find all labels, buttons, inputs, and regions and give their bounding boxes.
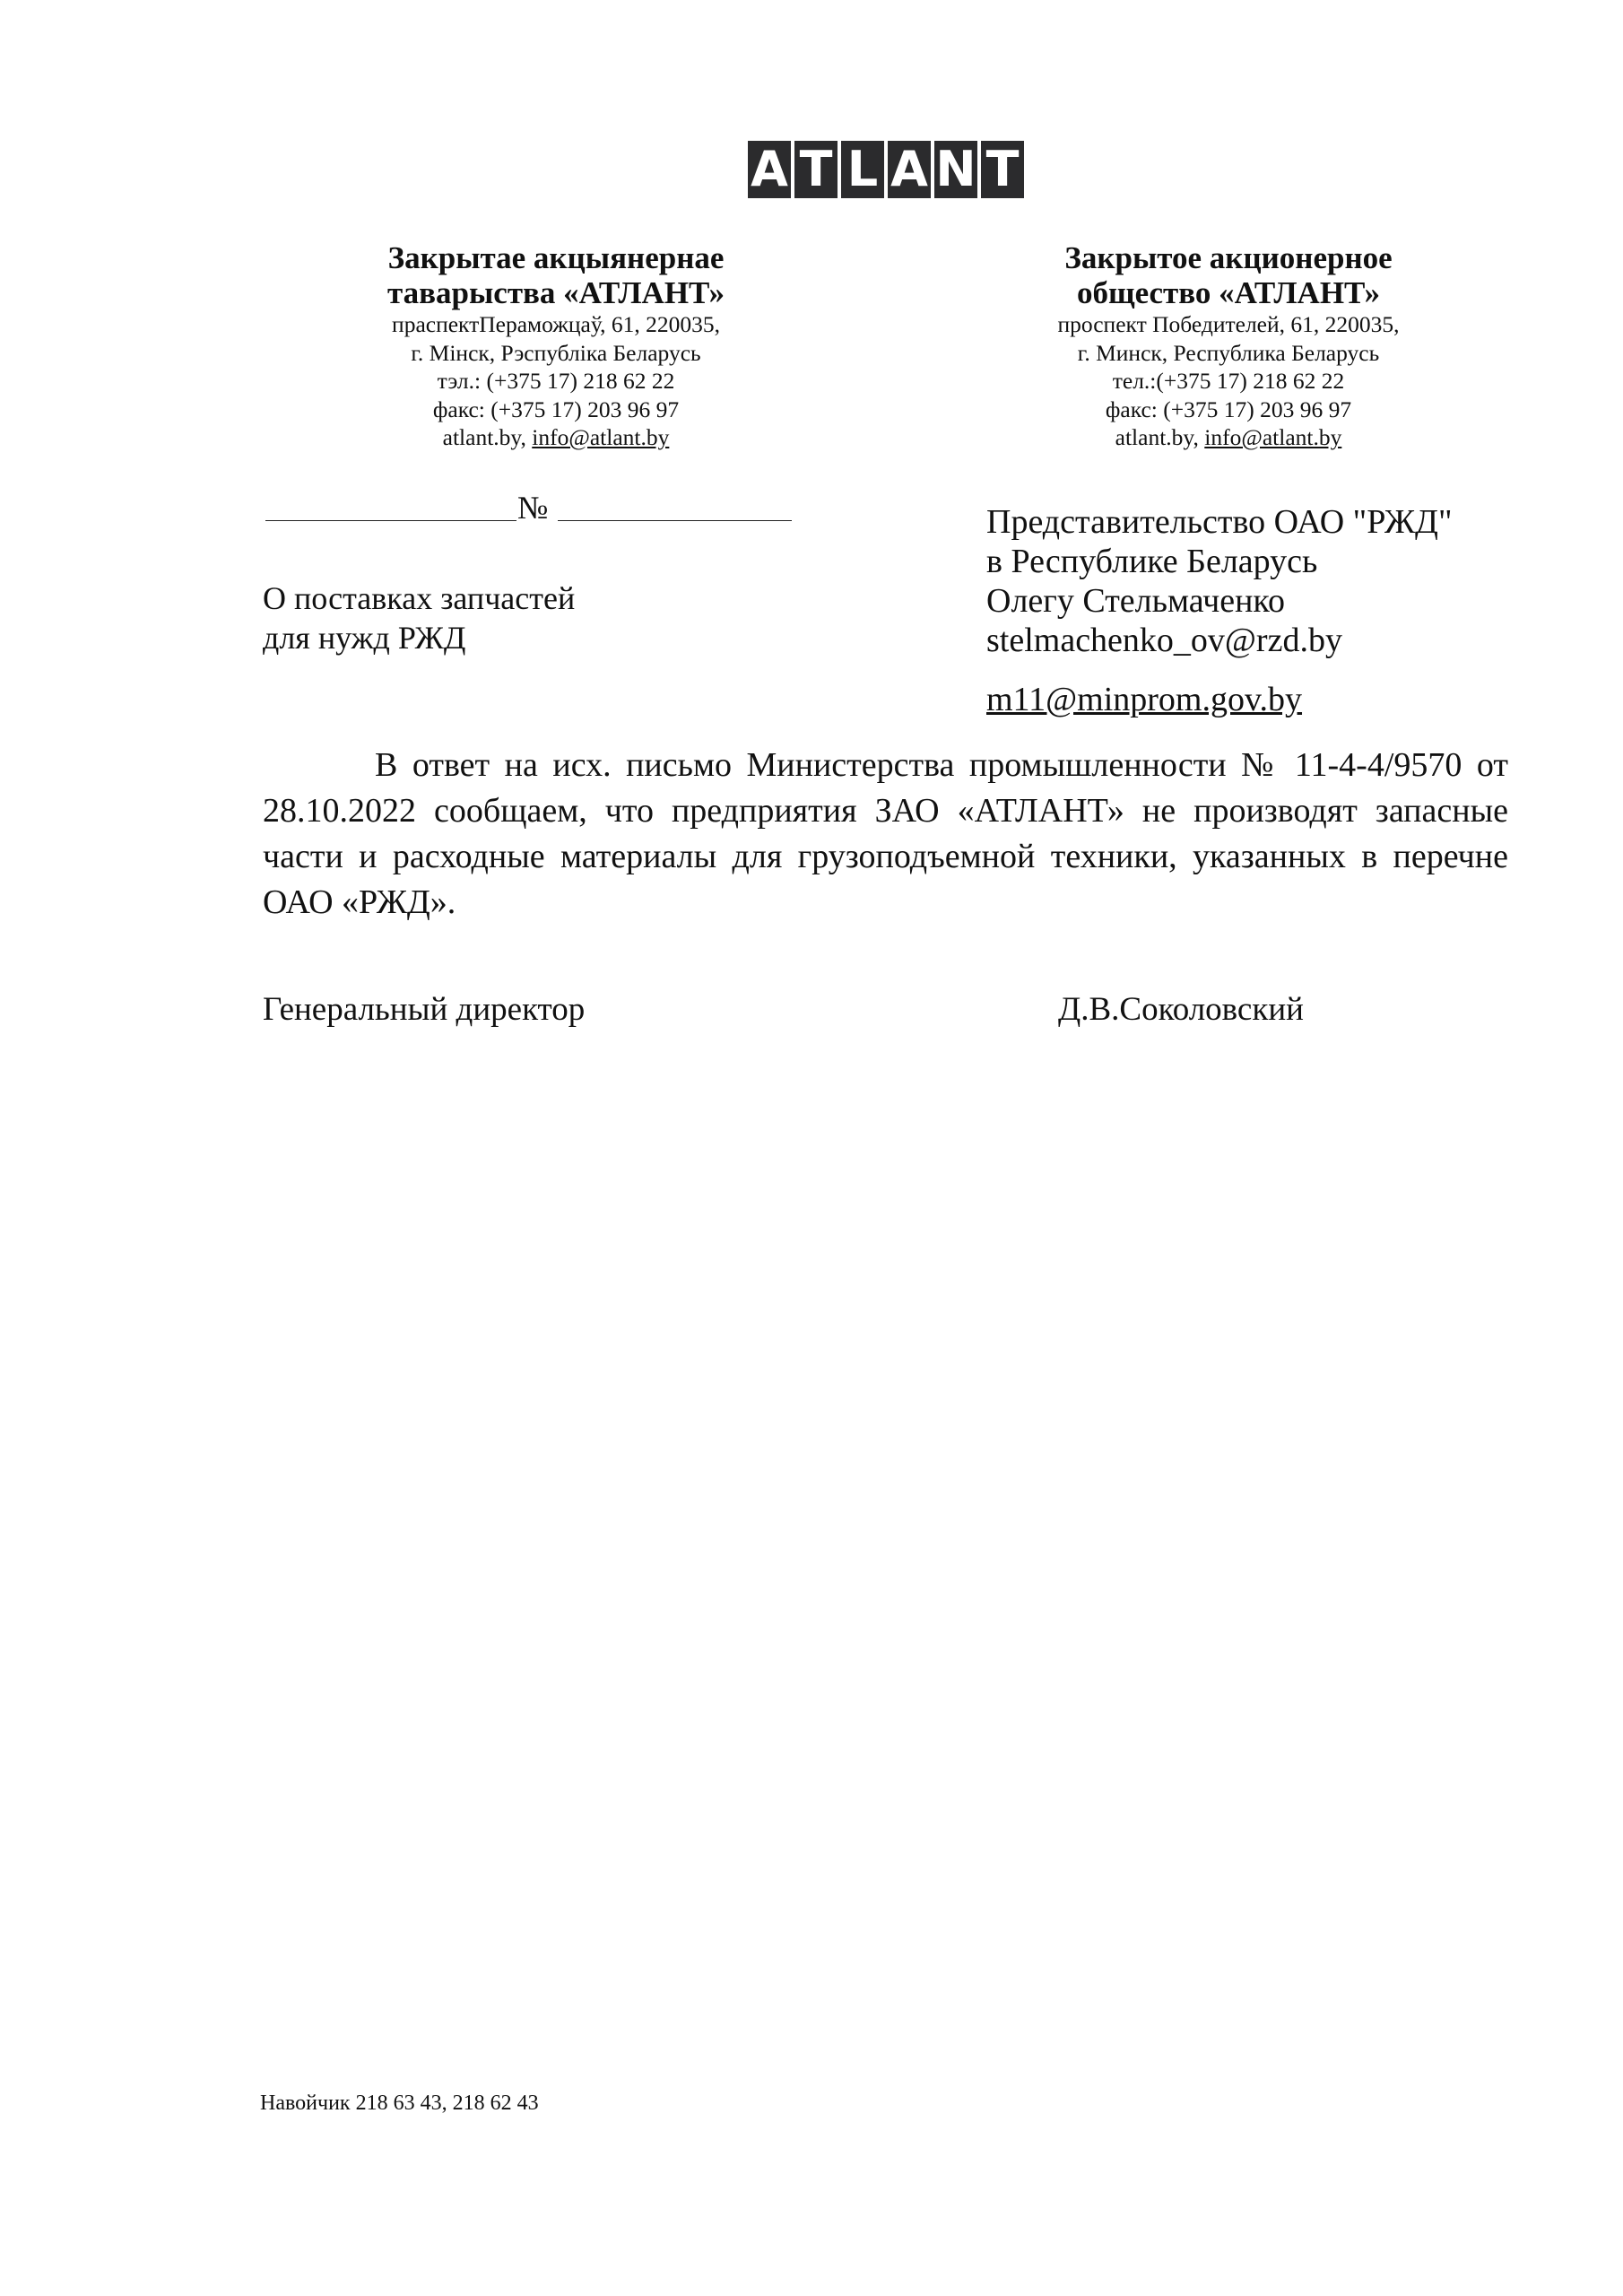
contacts-line: atlant.by, info@atlant.by (323, 423, 789, 452)
website-text: atlant.by, (443, 424, 533, 450)
recipient-block: Представительство ОАО "РЖД" в Республике… (986, 502, 1452, 719)
logo-tile: A (888, 141, 931, 198)
company-name-line: Закрытое акционерное (995, 240, 1462, 275)
atlant-logo: A T L A N T (748, 141, 1024, 198)
number-sign: № (517, 490, 548, 526)
website-text: atlant.by, (1115, 424, 1205, 450)
fax-line: факс: (+375 17) 203 96 97 (995, 396, 1462, 424)
phone-line: тэл.: (+375 17) 218 62 22 (323, 367, 789, 396)
letterhead-belarusian: Закрытае акцыянернае таварыства «АТЛАНТ»… (323, 240, 789, 452)
recipient-email: stelmachenko_ov@rzd.by (986, 621, 1452, 660)
address-line: проспект Победителей, 61, 220035, (995, 310, 1462, 339)
letterhead-russian: Закрытое акционерное общество «АТЛАНТ» п… (995, 240, 1462, 452)
logo-tile: N (934, 141, 977, 198)
contacts-line: atlant.by, info@atlant.by (995, 423, 1462, 452)
letter-subject: О поставках запчастей для нужд РЖД (263, 578, 575, 657)
logo-tile: T (794, 141, 838, 198)
signatory-title: Генеральный директор (263, 990, 585, 1030)
logo-tile: A (748, 141, 791, 198)
ministry-email-link[interactable]: m11@minprom.gov.by (986, 680, 1452, 719)
fax-line: факс: (+375 17) 203 96 97 (323, 396, 789, 424)
phone-line: тел.:(+375 17) 218 62 22 (995, 367, 1462, 396)
logo-tile: L (841, 141, 884, 198)
company-name-line: общество «АТЛАНТ» (995, 275, 1462, 310)
email-link[interactable]: info@atlant.by (1204, 424, 1341, 450)
address-line: праспектПераможцаў, 61, 220035, (323, 310, 789, 339)
recipient-line: в Республике Беларусь (986, 542, 1452, 581)
subject-line: для нужд РЖД (263, 618, 575, 657)
executor-contact: Навойчик 218 63 43, 218 62 43 (260, 2090, 539, 2117)
recipient-line: Представительство ОАО "РЖД" (986, 502, 1452, 542)
company-name-line: таварыства «АТЛАНТ» (323, 275, 789, 310)
recipient-line: Олегу Стельмаченко (986, 581, 1452, 621)
number-blank-line (558, 520, 792, 521)
company-name-line: Закрытае акцыянернае (323, 240, 789, 275)
address-line: г. Минск, Республика Беларусь (995, 339, 1462, 368)
letter-body: В ответ на исх. письмо Министерства пром… (263, 743, 1508, 926)
logo-tile: T (981, 141, 1024, 198)
address-line: г. Мінск, Рэспубліка Беларусь (323, 339, 789, 368)
email-link[interactable]: info@atlant.by (532, 424, 669, 450)
subject-line: О поставках запчастей (263, 578, 575, 618)
registration-line: № (265, 490, 803, 526)
signatory-name: Д.В.Соколовский (1058, 990, 1304, 1030)
date-blank-line (265, 520, 516, 521)
